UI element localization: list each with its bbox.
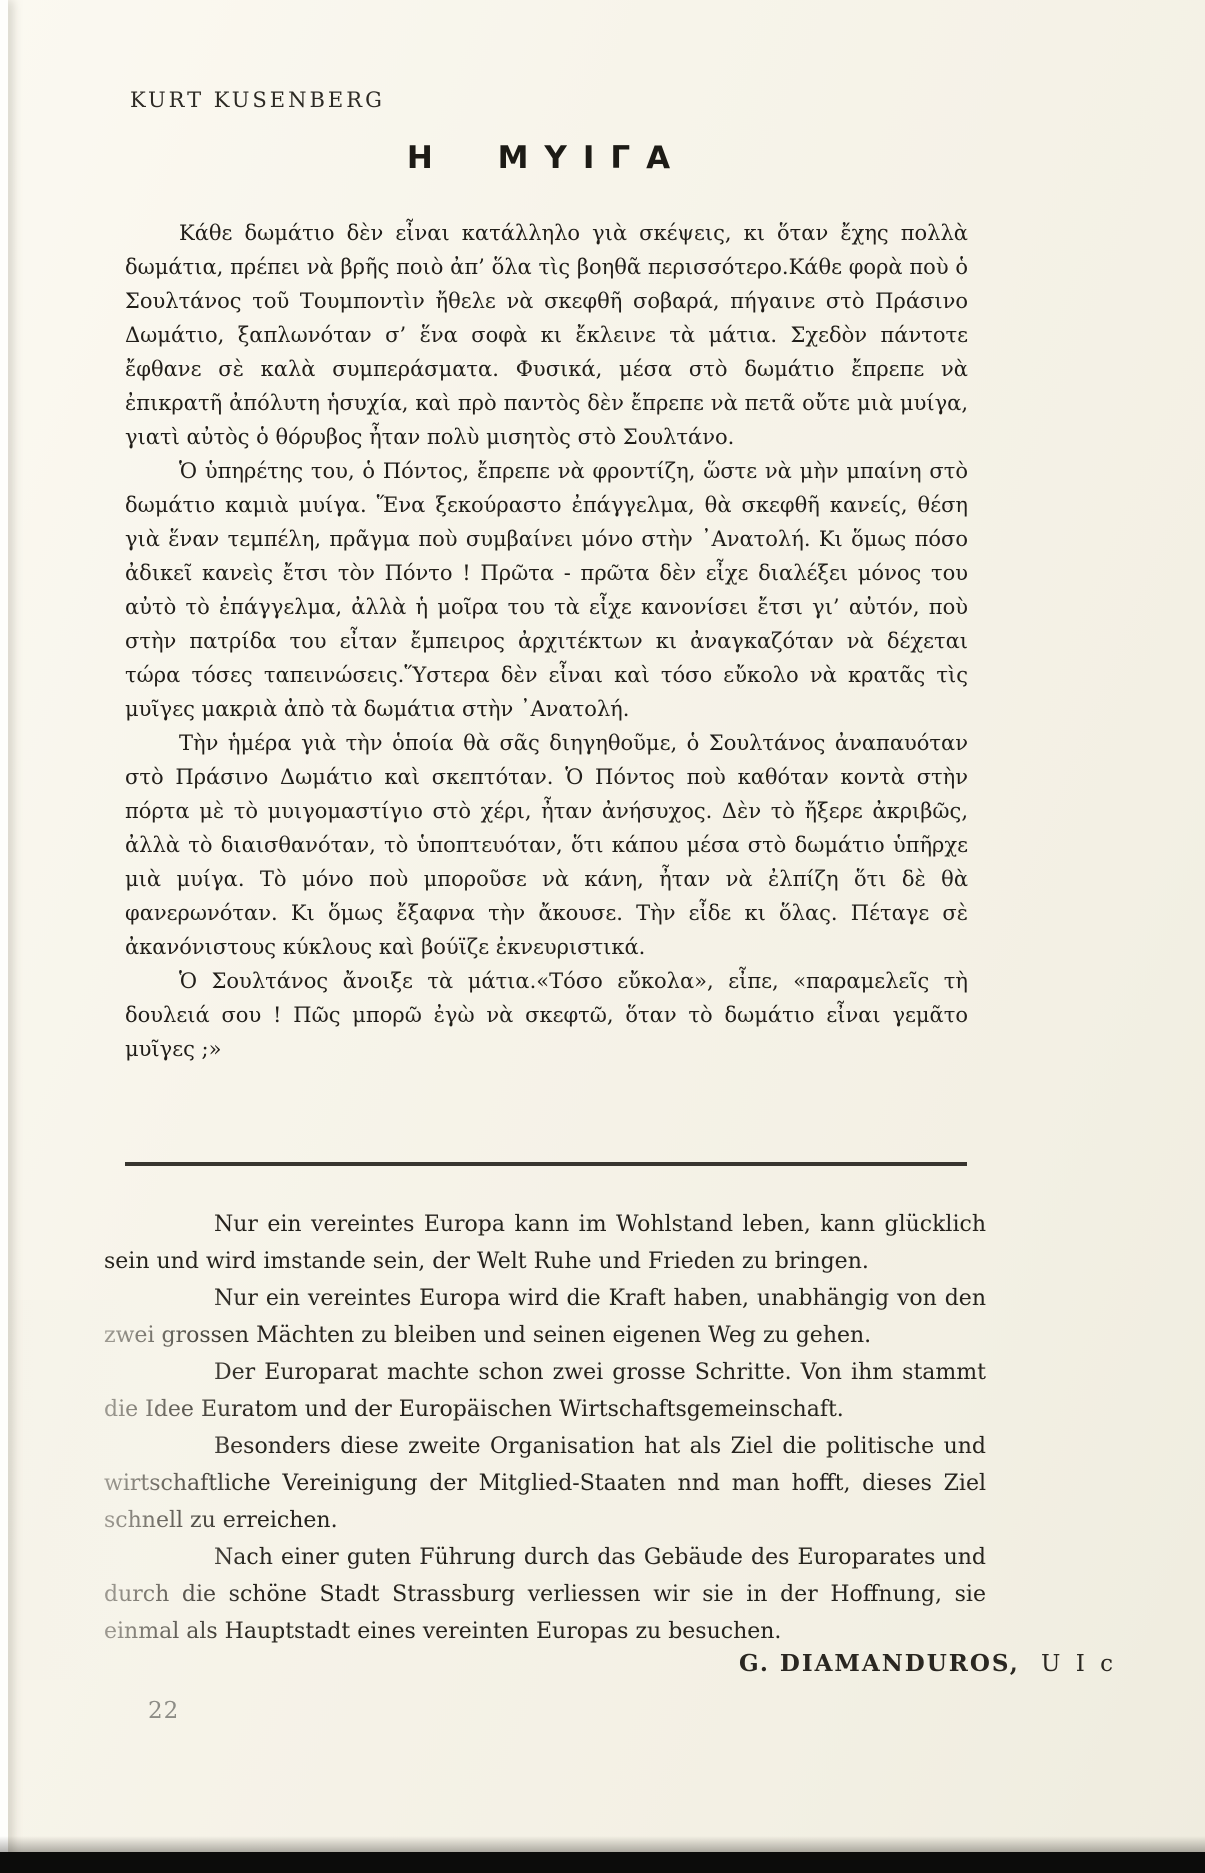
signature-line: G. DIAMANDUROS, U I c bbox=[739, 1650, 1117, 1677]
signature-class-designation: U I c bbox=[1041, 1651, 1117, 1677]
greek-paragraph-1: Κάθε δωμάτιο δὲν εἶναι κατάλληλο γιὰ σκέ… bbox=[125, 216, 968, 454]
german-paragraph-5: Nach einer guten Führung durch das Gebäu… bbox=[104, 1539, 986, 1650]
signature-author: G. DIAMANDUROS, bbox=[739, 1650, 1020, 1677]
story-title: Η ΜΥΙΓΑ bbox=[125, 140, 968, 176]
german-paragraph-4: Besonders diese zweite Organisation hat … bbox=[104, 1428, 986, 1539]
german-paragraph-1: Nur ein vereintes Europa kann im Wohlsta… bbox=[104, 1206, 986, 1280]
greek-paragraph-4: Ὁ Σουλτάνος ἄνοιξε τὰ μάτια.«Τόσο εὔκολα… bbox=[125, 964, 968, 1066]
german-passage-text: Nur ein vereintes Europa kann im Wohlsta… bbox=[104, 1206, 986, 1650]
page-number: 22 bbox=[148, 1698, 179, 1724]
german-paragraph-3: Der Europarat machte schon zwei grosse S… bbox=[104, 1354, 986, 1428]
author-name: KURT KUSENBERG bbox=[130, 88, 385, 112]
greek-story-text: Κάθε δωμάτιο δὲν εἶναι κατάλληλο γιὰ σκέ… bbox=[125, 216, 968, 1066]
greek-paragraph-2: Ὁ ὑπηρέτης του, ὁ Πόντος, ἔπρεπε νὰ φρον… bbox=[125, 454, 968, 726]
scanned-book-page: KURT KUSENBERG Η ΜΥΙΓΑ Κάθε δωμάτιο δὲν … bbox=[0, 0, 1205, 1873]
greek-paragraph-3: Τὴν ἡμέρα γιὰ τὴν ὁποία θὰ σᾶς διηγηθοῦμ… bbox=[125, 726, 968, 964]
scan-bottom-shadow bbox=[0, 1836, 1205, 1852]
german-paragraph-2: Nur ein vereintes Europa wird die Kraft … bbox=[104, 1280, 986, 1354]
scan-left-edge bbox=[0, 0, 8, 1873]
section-divider-rule bbox=[125, 1162, 967, 1166]
scan-bottom-edge bbox=[0, 1852, 1205, 1873]
